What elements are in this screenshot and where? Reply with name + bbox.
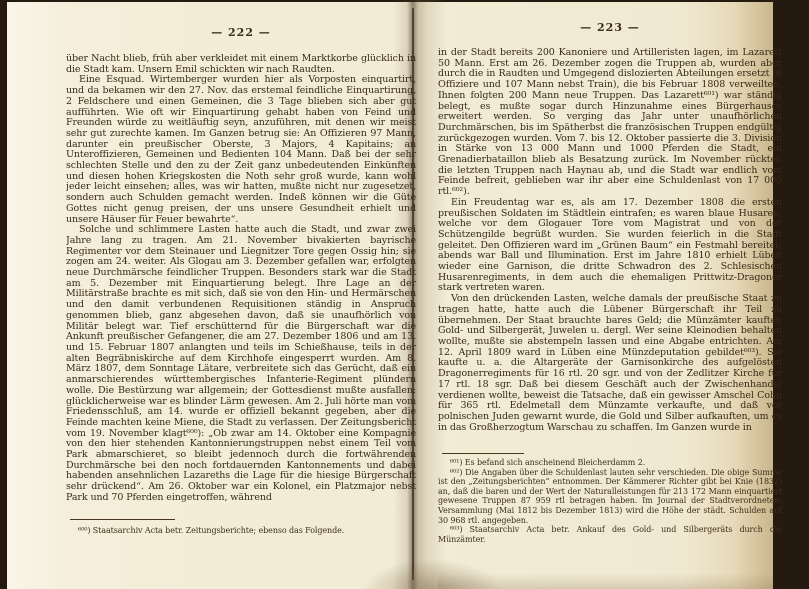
left-page-footnotes: ⁶⁰⁰) Staatsarchiv Acta betr. Zeitungsber… bbox=[66, 526, 416, 536]
left-footnote-rule bbox=[70, 519, 175, 520]
left-page-number: — 222 — bbox=[66, 26, 416, 39]
right-page-number: — 223 — bbox=[438, 21, 782, 34]
left-page-text: über Nacht blieb, früh aber verkleidet m… bbox=[66, 54, 416, 516]
footnote: ⁶⁰³) Staatsarchiv Acta betr. Ankauf des … bbox=[438, 525, 782, 544]
paragraph: Solche und schlimmere Lasten hatte auch … bbox=[66, 225, 416, 503]
footnote: ⁶⁰⁰) Staatsarchiv Acta betr. Zeitungsber… bbox=[66, 526, 416, 536]
right-page-text: in der Stadt bereits 200 Kanoniere und A… bbox=[438, 48, 782, 450]
paragraph: Von den drückenden Lasten, welche damals… bbox=[438, 294, 782, 433]
paragraph: Eine Esquad. Wirtemberger wurden hier al… bbox=[66, 75, 416, 225]
paragraph: Ein Freudentag war es, als am 17. Dezemb… bbox=[438, 198, 782, 294]
right-footnote-rule bbox=[442, 453, 524, 454]
right-page-footnotes: ⁶⁰¹) Es befand sich anscheinend Bleicher… bbox=[438, 458, 782, 544]
footnote: ⁶⁰¹) Es befand sich anscheinend Bleicher… bbox=[438, 458, 782, 468]
paragraph: über Nacht blieb, früh aber verkleidet m… bbox=[66, 54, 416, 75]
footnote: ⁶⁰²) Die Angaben über die Schuldenlast l… bbox=[438, 468, 782, 526]
right-page-bottom-shadow bbox=[438, 573, 773, 589]
paragraph: in der Stadt bereits 200 Kanoniere und A… bbox=[438, 48, 782, 198]
